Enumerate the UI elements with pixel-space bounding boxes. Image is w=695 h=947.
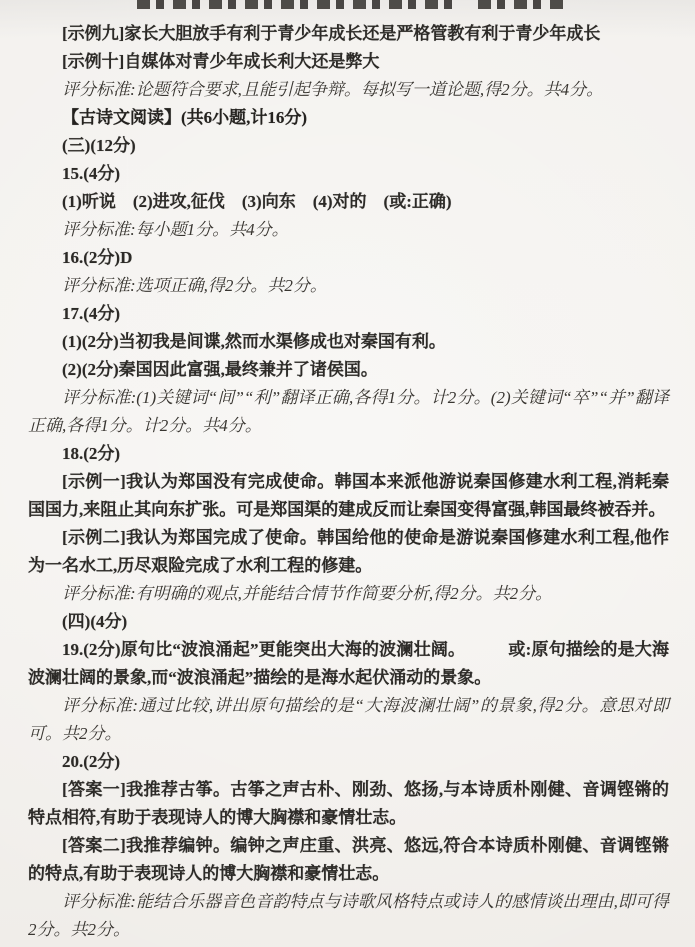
scoring-criteria-line: 评分标准:通过比较,讲出原句描绘的是“大海波澜壮阔”的景象,得2分。意思对即可。… — [28, 692, 669, 748]
answer-line: 16.(2分)D — [28, 244, 669, 272]
clipped-text-fragment — [478, 0, 568, 9]
scoring-criteria-line: 评分标准:论题符合要求,且能引起争辩。每拟写一道论题,得2分。共4分。 — [28, 76, 669, 104]
scoring-criteria-line: 评分标准:能结合乐器音色音韵特点与诗歌风格特点或诗人的感情谈出理由,即可得2分。… — [28, 888, 669, 944]
clipped-text-fragment — [137, 0, 455, 9]
answer-line: (四)(4分) — [28, 608, 669, 636]
scoring-criteria-line: 评分标准:选项正确,得2分。共2分。 — [28, 272, 669, 300]
answer-line: 15.(4分) — [28, 160, 669, 188]
scanned-answer-key-page: [示例九]家长大胆放手有利于青少年成长还是严格管教有利于青少年成长[示例十]自媒… — [0, 0, 695, 947]
answer-line: [示例九]家长大胆放手有利于青少年成长还是严格管教有利于青少年成长 — [28, 20, 669, 48]
answer-line: 18.(2分) — [28, 440, 669, 468]
answer-line: (1)(2分)当初我是间谍,然而水渠修成也对秦国有利。 — [28, 328, 669, 356]
clipped-top-text-remnant — [137, 0, 455, 9]
scoring-criteria-line: 评分标准:有明确的观点,并能结合情节作简要分析,得2分。共2分。 — [28, 580, 669, 608]
answer-line: (三)(12分) — [28, 132, 669, 160]
scoring-criteria-line: 评分标准:每小题1分。共4分。 — [28, 216, 669, 244]
answer-line: [答案一]我推荐古筝。古筝之声古朴、刚劲、悠扬,与本诗质朴刚健、音调铿锵的特点相… — [28, 776, 669, 832]
answer-line: 19.(2分)原句比“波浪涌起”更能突出大海的波澜壮阔。 或:原句描绘的是大海波… — [28, 636, 669, 692]
document-body: [示例九]家长大胆放手有利于青少年成长还是严格管教有利于青少年成长[示例十]自媒… — [28, 20, 669, 944]
scoring-criteria-line: 评分标准:(1)关键词“间”“利”翻译正确,各得1分。计2分。(2)关键词“卒”… — [28, 384, 669, 440]
answer-line: (2)(2分)秦国因此富强,最终兼并了诸侯国。 — [28, 356, 669, 384]
answer-line: 20.(2分) — [28, 748, 669, 776]
answer-line: [示例一]我认为郑国没有完成使命。韩国本来派他游说秦国修建水利工程,消耗秦国国力… — [28, 468, 669, 524]
answer-line: 17.(4分) — [28, 300, 669, 328]
answer-line: (1)听说 (2)进攻,征伐 (3)向东 (4)对的 (或:正确) — [28, 188, 669, 216]
answer-line: [示例十]自媒体对青少年成长利大还是弊大 — [28, 48, 669, 76]
answer-line: [答案二]我推荐编钟。编钟之声庄重、洪亮、悠远,符合本诗质朴刚健、音调铿锵的特点… — [28, 832, 669, 888]
section-heading: 【古诗文阅读】(共6小题,计16分) — [28, 104, 669, 132]
clipped-top-text-remnant — [478, 0, 568, 9]
answer-line: [示例二]我认为郑国完成了使命。韩国给他的使命是游说秦国修建水利工程,他作为一名… — [28, 524, 669, 580]
